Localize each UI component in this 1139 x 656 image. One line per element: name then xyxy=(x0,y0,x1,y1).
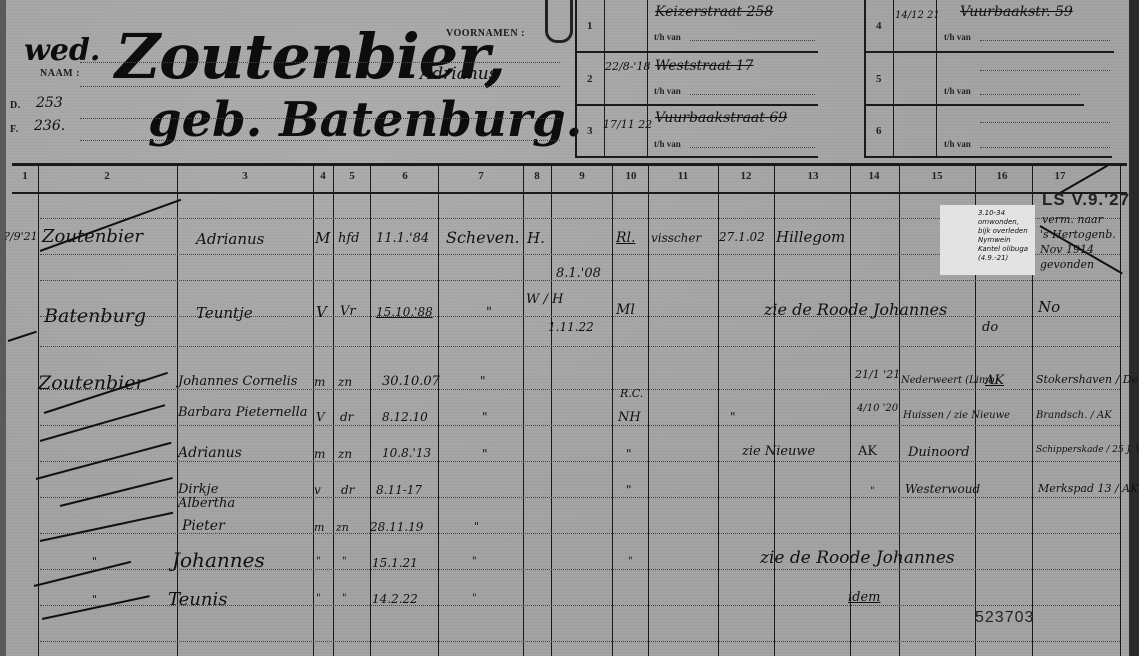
voornamen-label: VOORNAMEN : xyxy=(446,28,525,39)
column-number: 9 xyxy=(575,170,589,182)
cell-marriage-date: 8.1.'08 xyxy=(556,266,601,281)
cell-first-names: Johannes xyxy=(172,548,265,572)
cell-first-names: Adrianus xyxy=(196,230,264,248)
cell-c1: ?/9'21 xyxy=(4,230,38,243)
cell-departure-date: 4/10 '20 xyxy=(857,403,898,414)
card-right-edge xyxy=(1129,0,1139,656)
cell-ditto: " xyxy=(342,556,347,567)
cell-ditto: " xyxy=(626,483,632,497)
cell-birth-place: Scheven. xyxy=(446,228,520,247)
cell-relation: zn xyxy=(338,447,352,461)
dotted-rule xyxy=(80,140,560,141)
cell-first-names: Dirkje Albertha xyxy=(178,483,258,511)
address-street: Vuurbaakstr. 59 xyxy=(960,4,1073,20)
address-street: Weststraat 17 xyxy=(655,58,753,74)
cell-sex: V xyxy=(316,303,327,321)
cell-sex: m xyxy=(314,375,325,389)
th-van-label: t/h van xyxy=(944,139,971,149)
cell-birth-date: 28.11.19 xyxy=(370,520,423,534)
ls-stamp: LS V.9.'27 xyxy=(1042,190,1130,210)
column-number: 6 xyxy=(398,170,412,182)
note-line: (4.9.-21) xyxy=(978,254,1008,263)
address-street: Keizerstraat 258 xyxy=(655,4,773,20)
cell-sex: m xyxy=(314,521,324,534)
column-number: 16 xyxy=(994,170,1010,182)
address-number: 6 xyxy=(876,125,882,137)
cell-relation: hfd xyxy=(338,231,360,246)
strike-line xyxy=(40,512,173,542)
cell-first-names: Adrianus xyxy=(178,445,242,461)
cell-relation: dr xyxy=(341,483,354,497)
dotted-rule xyxy=(80,118,560,119)
naam-label: NAAM : xyxy=(40,68,80,79)
cell-marital: H. xyxy=(527,229,545,247)
cell-first-names: Teuntje xyxy=(196,304,253,322)
th-van-label: t/h van xyxy=(944,86,971,96)
th-van-label: t/h van xyxy=(944,32,971,42)
column-number: 2 xyxy=(100,170,114,182)
cell-religion: Ml xyxy=(616,302,635,318)
column-number: 13 xyxy=(805,170,821,182)
address-number: 2 xyxy=(587,73,593,85)
cell-departure-date: 21/1 '21 xyxy=(855,368,900,381)
cell-reference: zie de Roode Johannes xyxy=(764,300,947,319)
column-number: 3 xyxy=(238,170,252,182)
paper-clip-icon xyxy=(545,0,573,43)
cell-surname: Batenburg xyxy=(44,305,146,327)
cell-ditto: " xyxy=(870,486,875,497)
column-number: 8 xyxy=(530,170,544,182)
pasted-note: 3.10-34 omwonden, bijk overleden Nymwein… xyxy=(940,205,1035,275)
cell-ditto: " xyxy=(474,520,479,533)
address-number: 5 xyxy=(876,73,882,85)
address-date: 14/12 21 xyxy=(895,10,940,21)
d-label: D. xyxy=(10,100,21,111)
column-number: 17 xyxy=(1052,170,1068,182)
cell-birth-date: 8.11-17 xyxy=(376,483,422,497)
cell-ditto: " xyxy=(482,410,488,424)
address-number: 1 xyxy=(587,20,593,32)
cell-relation: zn xyxy=(338,375,352,389)
annotation-line: 's Hertogenb. xyxy=(1040,228,1116,241)
f-label: F. xyxy=(10,124,19,135)
cell-c17: Merkspad 13 / AK xyxy=(1038,482,1138,495)
column-number: 5 xyxy=(345,170,359,182)
strike-line xyxy=(40,404,166,442)
cell-c17: Schipperskade / 25 J. Weg xyxy=(1036,445,1139,455)
cell-ak-mark: AK xyxy=(858,444,877,459)
cell-ditto: " xyxy=(480,374,486,388)
cell-surname: Zoutenbier xyxy=(38,372,145,394)
f-value: 236. xyxy=(34,118,65,134)
cell-c17: No xyxy=(1038,298,1060,316)
cell-religion: R.C. xyxy=(620,387,643,400)
cell-ditto: " xyxy=(92,593,97,606)
cell-ditto: " xyxy=(472,593,477,604)
cell-relation: Vr xyxy=(340,304,356,319)
cell-idem: idem xyxy=(848,590,881,605)
dotted-rule xyxy=(80,86,560,87)
cell-relation: dr xyxy=(340,410,353,424)
cell-birth-date: 8.12.10 xyxy=(382,410,428,424)
cell-marital: W / H xyxy=(526,292,563,307)
cell-birth-date: 15.1.21 xyxy=(372,556,418,570)
first-name: Adrianus xyxy=(420,64,497,84)
card-left-edge xyxy=(0,0,6,656)
cell-ditto: " xyxy=(316,593,321,604)
dotted-rule xyxy=(80,62,560,63)
strike-line xyxy=(8,331,37,342)
column-number: 11 xyxy=(675,170,691,182)
cell-departure-place: Duinoord xyxy=(908,445,970,460)
column-number: 7 xyxy=(474,170,488,182)
cell-departure-place: Westerwoud xyxy=(905,482,980,496)
cell-ditto: " xyxy=(626,447,632,461)
cell-c16: do xyxy=(982,320,998,335)
cell-ditto: " xyxy=(486,305,492,320)
column-number: 10 xyxy=(623,170,639,182)
cell-sex: m xyxy=(314,447,325,461)
th-van-label: t/h van xyxy=(654,139,681,149)
note-line: 3.10-34 xyxy=(978,209,1005,218)
cell-ditto: " xyxy=(472,556,477,567)
cell-ditto: " xyxy=(342,593,347,604)
cell-c17: Stokershaven / Delft xyxy=(1036,373,1139,386)
cell-sex: v xyxy=(314,483,321,497)
th-van-label: t/h van xyxy=(654,32,681,42)
strike-line xyxy=(60,477,173,507)
column-number: 1 xyxy=(18,170,32,182)
note-line: Kantel olibuga xyxy=(978,245,1028,254)
address-date: 17/11 22 xyxy=(603,118,652,131)
cell-widowed-date: 1.11.22 xyxy=(548,320,594,334)
cell-ditto: " xyxy=(730,410,736,424)
cell-occupation: visscher xyxy=(651,231,701,245)
note-line: omwonden, xyxy=(978,218,1019,227)
cell-ditto: " xyxy=(628,556,633,567)
address-number: 3 xyxy=(587,125,593,137)
annotation-line: verm. naar xyxy=(1042,213,1103,226)
cell-sex: M xyxy=(315,229,330,247)
cell-birth-date: 15.10.'88 xyxy=(376,305,433,319)
card-number: 523703 xyxy=(975,609,1034,627)
cell-first-names: Teunis xyxy=(168,589,227,610)
column-number: 15 xyxy=(929,170,945,182)
annotation-line: gevonden xyxy=(1040,258,1094,271)
cell-reference: zie de Roode Johannes xyxy=(760,548,955,568)
cell-first-names: Barbara Pieternella xyxy=(178,405,308,420)
cell-c17: Brandsch. / AK xyxy=(1036,410,1112,421)
cell-birth-date: 11.1.'84 xyxy=(376,231,429,246)
cell-arrival-date: 27.1.02 xyxy=(719,230,765,244)
cell-c16: AK xyxy=(985,373,1004,388)
cell-departure-place: Huissen / zie Nieuwe xyxy=(903,410,1010,421)
cell-sex: V xyxy=(316,410,325,424)
cell-arrival-from: Hillegom xyxy=(776,228,845,246)
d-value: 253 xyxy=(36,95,63,111)
cell-relation: zn xyxy=(336,521,349,534)
column-number: 12 xyxy=(738,170,754,182)
strike-line xyxy=(34,561,132,587)
cell-birth-date: 14.2.22 xyxy=(372,592,418,606)
column-number: 14 xyxy=(866,170,882,182)
cell-religion: Rl. xyxy=(616,230,635,246)
address-street: Vuurbaakstraat 69 xyxy=(655,110,787,126)
address-date: 22/8-'18 xyxy=(605,60,650,73)
cell-ditto: " xyxy=(482,447,488,461)
family-registration-card: wed. NAAM : Zoutenbier, geb. Batenburg. … xyxy=(0,0,1139,656)
cell-ditto: " xyxy=(92,555,97,568)
cell-religion: NH xyxy=(618,410,641,425)
cell-first-names: Pieter xyxy=(182,518,225,534)
cell-reference: zie Nieuwe xyxy=(742,444,815,459)
note-line: bijk overleden xyxy=(978,227,1028,236)
cell-birth-date: 10.8.'13 xyxy=(382,446,431,460)
cell-ditto: " xyxy=(316,556,321,567)
address-number: 4 xyxy=(876,20,882,32)
cell-first-names: Johannes Cornelis xyxy=(178,374,297,389)
note-line: Nymwein xyxy=(978,236,1011,245)
column-number: 4 xyxy=(316,170,330,182)
th-van-label: t/h van xyxy=(654,86,681,96)
cell-birth-date: 30.10.07 xyxy=(382,374,440,389)
